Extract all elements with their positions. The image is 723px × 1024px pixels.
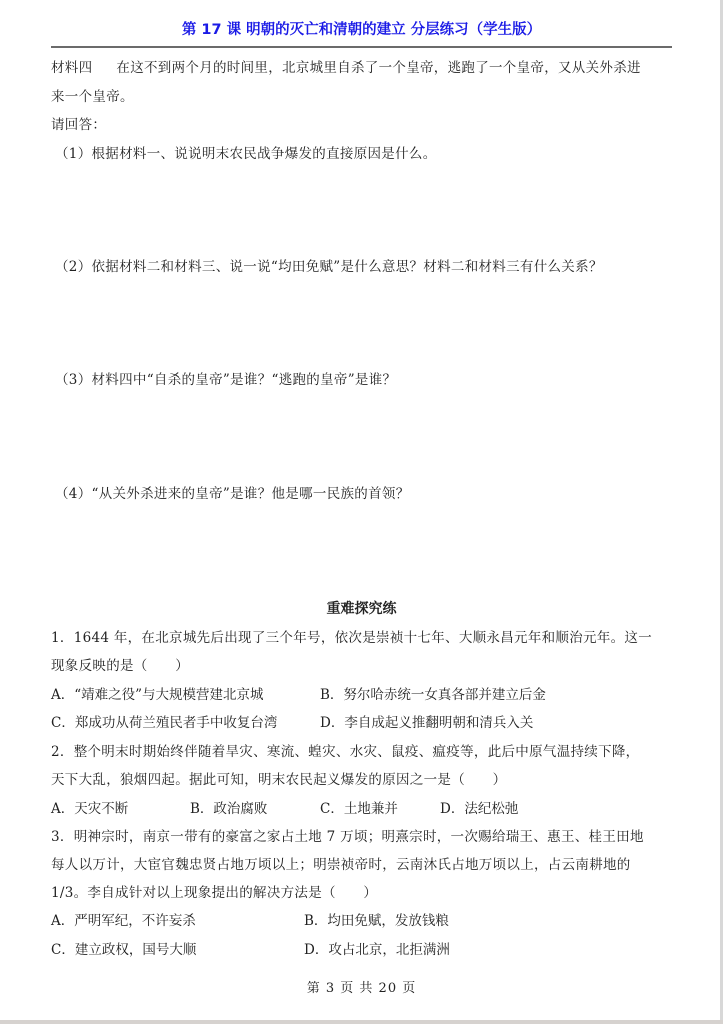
question-3-line2: 每人以万计，大宦官魏忠贤占地万顷以上；明崇祯帝时，云南沐氏占地万顷以上，占云南耕… [51,853,631,873]
question-3-line1: 3．明神宗时，南京一带有的豪富之家占土地 7 万顷；明熹宗时，一次赐给瑞王、惠王… [51,825,644,845]
section-title: 重难探究练 [0,598,723,618]
question-3-line3: 1/3。李自成针对以上现象提出的解决方法是（ ） [51,881,377,901]
question-1-line1: 1．1644 年，在北京城先后出现了三个年号，依次是崇祯十七年、大顺永昌元年和顺… [51,626,652,646]
page-number-footer: 第 3 页 共 20 页 [0,977,723,996]
question-3-option-d[interactable]: D．攻占北京，北拒满洲 [304,938,450,958]
material4-line1: 材料四在这不到两个月的时间里，北京城里自杀了一个皇帝，逃跑了一个皇帝，又从关外杀… [51,56,641,76]
subquestion-4: （4）“从关外杀进来的皇帝”是谁？他是哪一民族的首领？ [55,482,410,502]
question-2-line1: 2．整个明末时期始终伴随着旱灾、寒流、蝗灾、水灾、鼠疫、瘟疫等，此后中原气温持续… [51,740,640,760]
question-2-option-b[interactable]: B．政治腐败 [190,797,267,817]
question-3-option-c[interactable]: C．建立政权，国号大顺 [51,938,196,958]
question-1-option-c[interactable]: C．郑成功从荷兰殖民者手中收复台湾 [51,711,277,731]
question-2-option-d[interactable]: D．法纪松弛 [440,797,518,817]
question-2-option-a[interactable]: A．天灾不断 [51,797,128,817]
page-bottom-edge [0,1020,723,1024]
subquestion-1: （1）根据材料一、说说明末农民战争爆发的直接原因是什么。 [55,142,437,162]
subquestion-2: （2）依据材料二和材料三、说一说“均田免赋”是什么意思？材料二和材料三有什么关系… [55,255,603,275]
question-1-option-d[interactable]: D．李自成起义推翻明朝和清兵入关 [320,711,533,731]
page-header-title: 第 17 课 明朝的灭亡和清朝的建立 分层练习（学生版） [0,18,723,39]
question-3-option-b[interactable]: B．均田免赋，发放钱粮 [304,909,449,929]
question-1-line2: 现象反映的是（ ） [51,654,189,674]
question-1-option-b[interactable]: B．努尔哈赤统一女真各部并建立后金 [320,683,546,703]
question-3-option-a[interactable]: A．严明军纪，不许妄杀 [51,909,196,929]
answer-prompt: 请回答： [51,113,106,133]
question-2-line2: 天下大乱，狼烟四起。据此可知，明末农民起义爆发的原因之一是（ ） [51,768,506,788]
material4-text: 在这不到两个月的时间里，北京城里自杀了一个皇帝，逃跑了一个皇帝，又从关外杀进 [116,60,640,76]
question-1-option-a[interactable]: A．“靖难之役”与大规模营建北京城 [51,683,264,703]
material4-label: 材料四 [51,60,92,76]
question-2-option-c[interactable]: C．土地兼并 [320,797,398,817]
header-divider [51,46,672,48]
subquestion-3: （3）材料四中“自杀的皇帝”是谁？“逃跑的皇帝”是谁？ [55,368,396,388]
material4-line2: 来一个皇帝。 [51,85,134,105]
